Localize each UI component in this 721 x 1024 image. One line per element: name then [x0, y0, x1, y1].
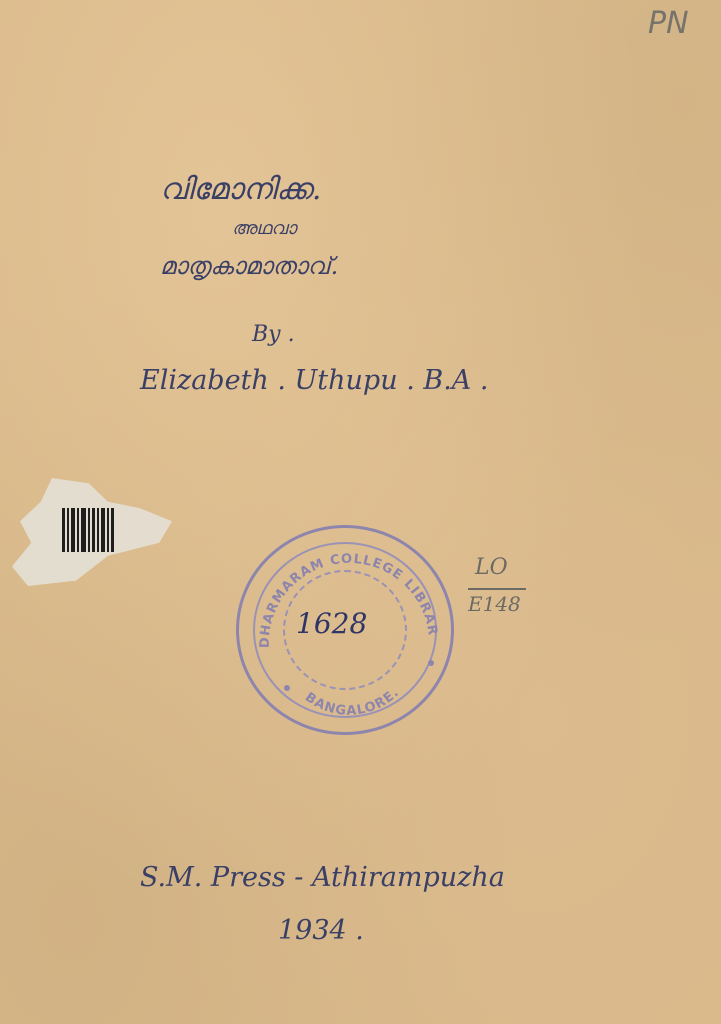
title-malayalam-line1: വിമോനിക്ക.: [160, 172, 321, 207]
publication-year: 1934 .: [278, 915, 364, 946]
corner-pencil-mark: PN: [648, 6, 689, 41]
scanned-title-page: PN വിമോനിക്ക. അഥവാ മാതൃകാമാതാവ്. By . El…: [0, 0, 721, 1024]
barcode-fragment-icon: [62, 508, 122, 552]
title-malayalam-line2: അഥവാ: [232, 218, 296, 239]
author-name: Elizabeth . Uthupu . B.A .: [140, 365, 488, 396]
svg-text:BANGALORE.: BANGALORE.: [302, 685, 402, 719]
by-label: By .: [252, 322, 295, 347]
star-icon: [284, 685, 290, 691]
star-icon: [428, 660, 434, 666]
shelf-mark-top: LO: [475, 555, 508, 580]
accession-number: 1628: [296, 607, 367, 640]
stamp-bottom-text: BANGALORE.: [302, 685, 402, 719]
shelf-mark-divider: [468, 588, 526, 590]
shelf-mark-bottom: E148: [468, 592, 521, 616]
title-malayalam-line3: മാതൃകാമാതാവ്.: [160, 252, 338, 280]
publisher: S.M. Press - Athirampuzha: [140, 862, 505, 893]
